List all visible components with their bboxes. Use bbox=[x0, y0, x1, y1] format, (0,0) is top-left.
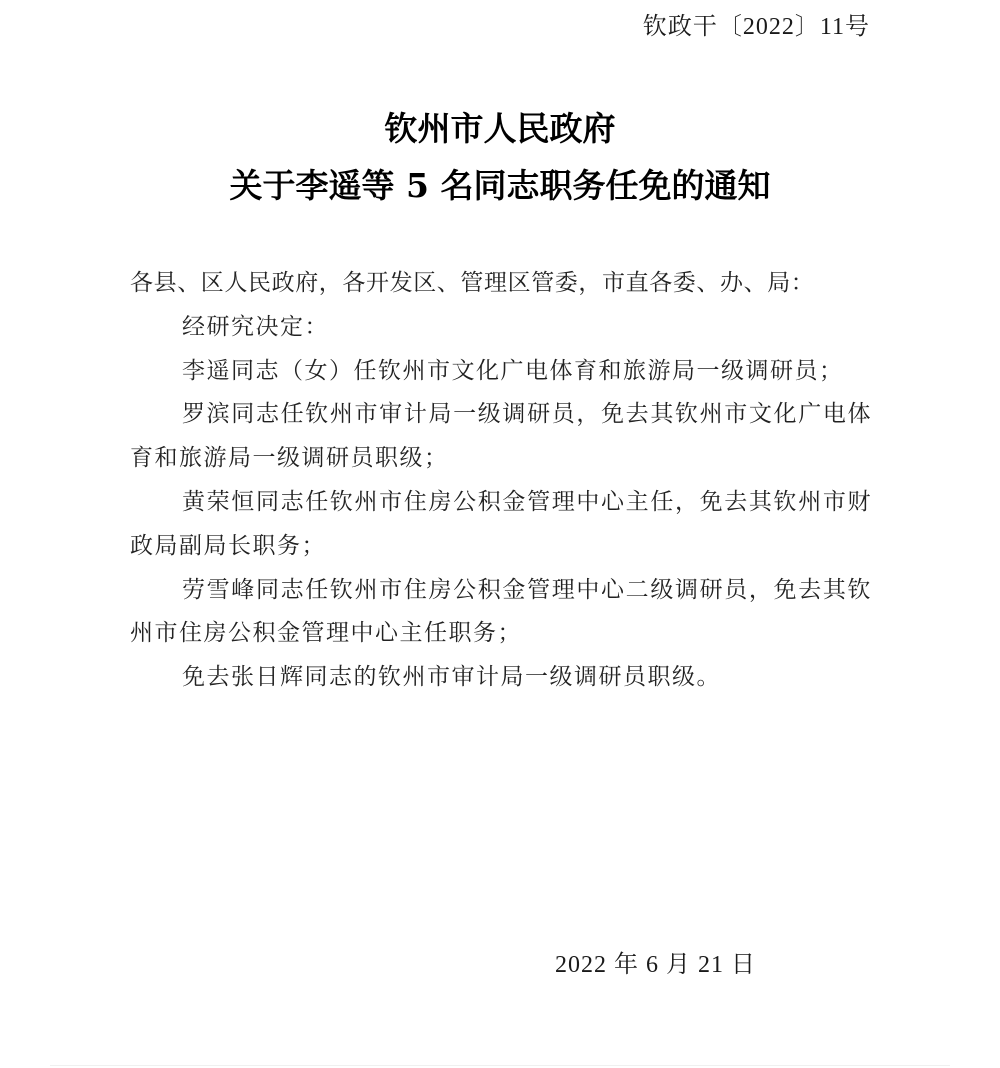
document-title: 钦州市人民政府 关于李遥等 5 名同志职务任免的通知 bbox=[0, 100, 1000, 214]
title-issuer: 钦州市人民政府 bbox=[0, 100, 1000, 157]
page-bottom-divider bbox=[50, 1065, 950, 1066]
document-number: 钦政干〔2022〕11号 bbox=[643, 6, 870, 41]
paragraph-appointment-luo-bin: 罗滨同志任钦州市审计局一级调研员，免去其钦州市文化广电体育和旅游局一级调研员职级… bbox=[130, 393, 872, 481]
document-body: 各县、区人民政府，各开发区、管理区管委，市直各委、办、局： 经研究决定： 李遥同… bbox=[130, 262, 872, 700]
paragraph-appointment-huang-rongheng: 黄荣恒同志任钦州市住房公积金管理中心主任，免去其钦州市财政局副局长职务； bbox=[130, 481, 872, 569]
paragraph-removal-zhang-rihui: 免去张日辉同志的钦州市审计局一级调研员职级。 bbox=[130, 656, 872, 700]
paragraph-appointment-li-yao: 李遥同志（女）任钦州市文化广电体育和旅游局一级调研员； bbox=[130, 350, 872, 394]
paragraph-decision-intro: 经研究决定： bbox=[130, 306, 872, 350]
title-subject: 关于李遥等 5 名同志职务任免的通知 bbox=[0, 157, 1000, 214]
paragraph-appointment-lao-xuefeng: 劳雪峰同志任钦州市住房公积金管理中心二级调研员，免去其钦州市住房公积金管理中心主… bbox=[130, 569, 872, 657]
salutation: 各县、区人民政府，各开发区、管理区管委，市直各委、办、局： bbox=[130, 262, 872, 306]
issue-date: 2022 年 6 月 21 日 bbox=[555, 944, 756, 979]
